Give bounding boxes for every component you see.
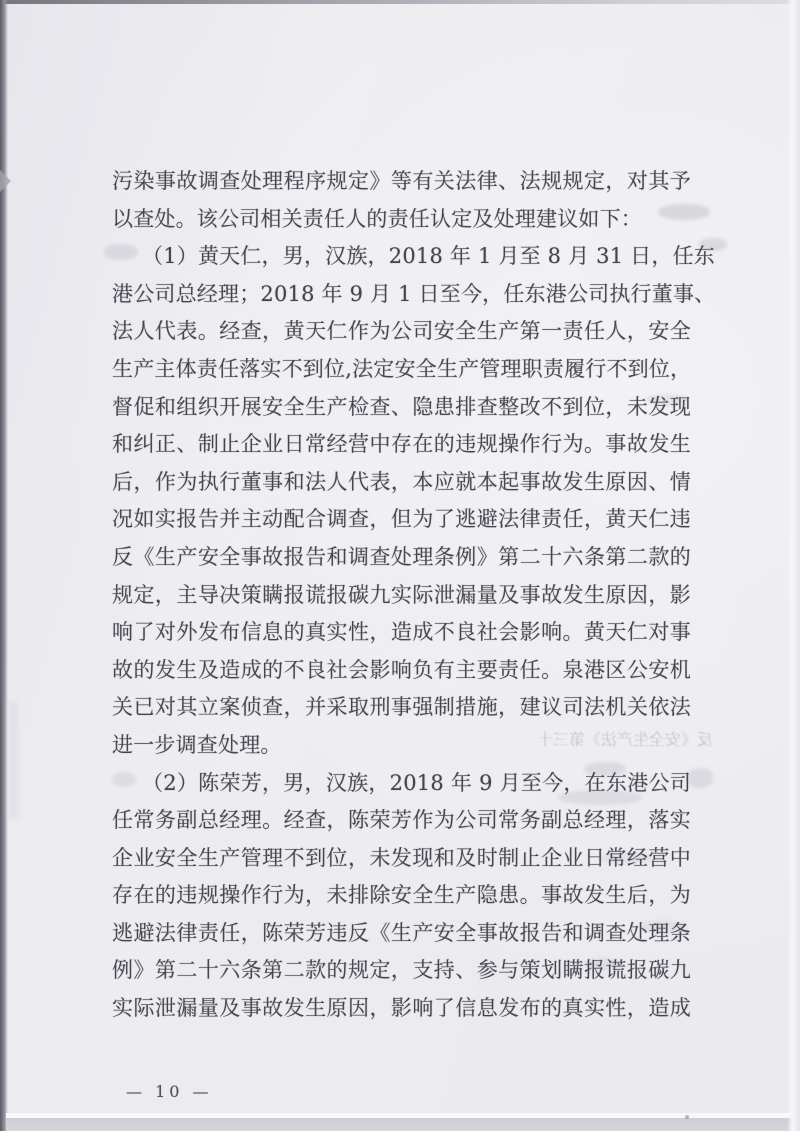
text-line: 规定，主导决策瞒报谎报碳九实际泄漏量及事故发生原因，影 — [112, 577, 691, 615]
text-line: 反《生产安全事故报告和调查处理条例》第二十六条第二款的 — [112, 539, 691, 577]
text-line: （1）黄天仁，男，汉族，2018 年 1 月至 8 月 31 日，任东 — [112, 238, 691, 276]
text-line: 督促和组织开展安全生产检查、隐患排查整改不到位，未发现 — [112, 389, 691, 427]
scan-edge-top — [0, 0, 800, 4]
scan-edge-bottom — [6, 1118, 800, 1131]
text-line: 响了对外发布信息的真实性，造成不良社会影响。黄天仁对事 — [112, 614, 691, 652]
text-line: 逃避法律责任，陈荣芳违反《生产安全事故报告和调查处理条 — [112, 915, 691, 953]
page-number: — 10 — — [126, 1082, 213, 1101]
text-line: 污染事故调查处理程序规定》等有关法律、法规规定，对其予 — [112, 163, 691, 201]
text-line: 例》第二十六条第二款的规定，支持、参与策划瞒报谎报碳九 — [112, 952, 691, 990]
text-line: 以查处。该公司相关责任人的责任认定及处理建议如下： — [112, 201, 691, 239]
text-line: 法人代表。经查，黄天仁作为公司安全生产第一责任人，安全 — [112, 313, 691, 351]
text-line: 存在的违规操作行为，未排除安全生产隐患。事故发生后，为 — [112, 877, 691, 915]
text-line: （2）陈荣芳，男，汉族，2018 年 9 月至今，在东港公司 — [112, 765, 691, 803]
scan-smear — [8, 700, 18, 820]
scan-dust-speck — [685, 1115, 689, 1119]
text-line: 后，作为执行董事和法人代表，本应就本起事故发生原因、情 — [112, 464, 691, 502]
text-line: 关已对其立案侦查，并采取刑事强制措施，建议司法机关依法 — [112, 689, 691, 727]
text-line: 故的发生及造成的不良社会影响负有主要责任。泉港区公安机 — [112, 652, 691, 690]
text-line: 港公司总经理；2018 年 9 月 1 日至今，任东港公司执行董事、 — [112, 276, 691, 314]
scanned-document-page: 反《安全生产法》第三十八条第一款的 污染事故调查处理程序规定》等有关法律、法规规… — [0, 0, 800, 1131]
scan-edge-right — [787, 0, 800, 1131]
text-line: 和纠正、制止企业日常经营中存在的违规操作行为。事故发生 — [112, 426, 691, 464]
text-line: 进一步调查处理。 — [112, 727, 691, 765]
text-line: 实际泄漏量及事故发生原因，影响了信息发布的真实性，造成 — [112, 990, 691, 1028]
document-text: 污染事故调查处理程序规定》等有关法律、法规规定，对其予以查处。该公司相关责任人的… — [112, 163, 691, 1028]
scan-edge-left — [0, 0, 8, 1131]
text-line: 况如实报告并主动配合调查，但为了逃避法律责任，黄天仁违 — [112, 501, 691, 539]
text-line: 企业安全生产管理不到位，未发现和及时制止企业日常经营中 — [112, 840, 691, 878]
text-line: 任常务副总经理。经查，陈荣芳作为公司常务副总经理，落实 — [112, 802, 691, 840]
text-line: 生产主体责任落实不到位,法定安全生产管理职责履行不到位， — [112, 351, 691, 389]
